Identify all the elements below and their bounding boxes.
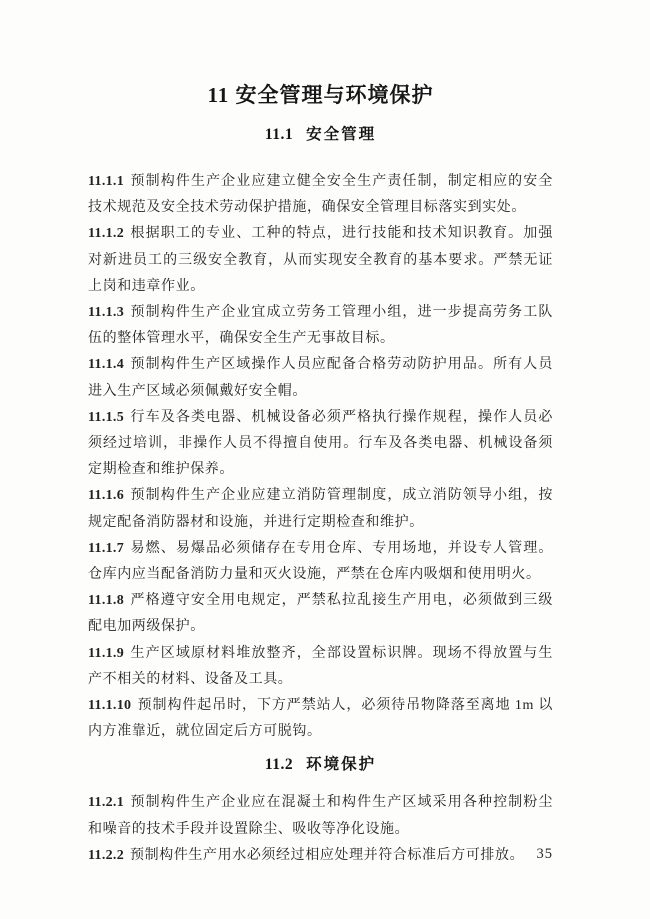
paragraph-text: 生产区域原材料堆放整齐，全部设置标识牌。现场不得放置与生产不相关的材料、设备及工… [88, 646, 553, 687]
paragraph: 11.1.8严格遵守安全用电规定，严禁私拉乱接生产用电，必须做到三级配电加两级保… [88, 588, 553, 640]
paragraph: 11.1.10预制构件起吊时，下方严禁站人，必须待吊物降落至离地 1m 以内方准… [88, 693, 553, 745]
paragraph-text: 预制构件生产区域操作人员应配备合格劳动防护用品。所有人员进入生产区域必须佩戴好安… [88, 357, 553, 398]
paragraph: 11.1.6预制构件生产企业应建立消防管理制度，成立消防领导小组，按规定配备消防… [88, 483, 553, 535]
page-number: 35 [537, 846, 554, 863]
section-number: 11.2 [265, 756, 293, 773]
section-safety-body: 11.1.1预制构件生产企业应建立健全安全生产责任制，制定相应的安全技术规范及安… [88, 169, 553, 745]
paragraph-number: 11.1.2 [88, 226, 124, 241]
paragraph-number: 11.1.8 [88, 593, 124, 608]
paragraph: 11.2.2预制构件生产用水必须经过相应处理并符合标准后方可排放。 [88, 843, 553, 869]
paragraph-text: 严格遵守安全用电规定，严禁私拉乱接生产用电，必须做到三级配电加两级保护。 [88, 593, 553, 634]
document-page: 11 安全管理与环境保护 11.1安全管理 11.1.1预制构件生产企业应建立健… [0, 0, 650, 919]
paragraph-number: 11.2.1 [88, 795, 124, 810]
chapter-title: 11 安全管理与环境保护 [88, 0, 553, 107]
section-label: 环境保护 [306, 756, 376, 773]
paragraph: 11.1.4预制构件生产区域操作人员应配备合格劳动防护用品。所有人员进入生产区域… [88, 352, 553, 404]
section-number: 11.1 [265, 126, 293, 143]
paragraph-text: 预制构件起吊时，下方严禁站人，必须待吊物降落至离地 1m 以内方准靠近，就位固定… [88, 698, 553, 739]
paragraph-text: 预制构件生产企业应建立消防管理制度，成立消防领导小组，按规定配备消防器材和设施，… [88, 488, 553, 529]
paragraph: 11.1.7易燃、易爆品必须储存在专用仓库、专用场地，并设专人管理。仓库内应当配… [88, 536, 553, 588]
paragraph-text: 根据职工的专业、工种的特点，进行技能和技术知识教育。加强对新进员工的三级安全教育… [88, 226, 553, 293]
paragraph-text: 预制构件生产企业宜成立劳务工管理小组，进一步提高劳务工队伍的整体管理水平，确保安… [88, 305, 553, 346]
paragraph-number: 11.1.4 [88, 357, 124, 372]
paragraph: 11.1.2根据职工的专业、工种的特点，进行技能和技术知识教育。加强对新进员工的… [88, 221, 553, 300]
paragraph-text: 易燃、易爆品必须储存在专用仓库、专用场地，并设专人管理。仓库内应当配备消防力量和… [88, 541, 553, 582]
paragraph-number: 11.1.1 [88, 174, 124, 189]
section-label: 安全管理 [306, 126, 376, 143]
paragraph-number: 11.1.10 [88, 698, 131, 713]
paragraph-number: 11.1.9 [88, 646, 124, 661]
paragraph-text: 预制构件生产企业应在混凝土和构件生产区域采用各种控制粉尘和噪音的技术手段并设置除… [88, 795, 553, 836]
paragraph-text: 预制构件生产企业应建立健全安全生产责任制，制定相应的安全技术规范及安全技术劳动保… [88, 174, 553, 215]
section-environment-body: 11.2.1预制构件生产企业应在混凝土和构件生产区域采用各种控制粉尘和噪音的技术… [88, 790, 553, 869]
paragraph: 11.1.9生产区域原材料堆放整齐，全部设置标识牌。现场不得放置与生产不相关的材… [88, 641, 553, 693]
paragraph-number: 11.2.2 [88, 848, 124, 863]
paragraph-number: 11.1.3 [88, 305, 124, 320]
paragraph-text: 行车及各类电器、机械设备必须严格执行操作规程，操作人员必须经过培训，非操作人员不… [88, 410, 553, 477]
section-heading-environment: 11.2环境保护 [88, 756, 553, 773]
paragraph-text: 预制构件生产用水必须经过相应处理并符合标准后方可排放。 [130, 848, 524, 863]
text-block: 11 安全管理与环境保护 11.1安全管理 11.1.1预制构件生产企业应建立健… [88, 0, 553, 869]
paragraph: 11.1.3预制构件生产企业宜成立劳务工管理小组，进一步提高劳务工队伍的整体管理… [88, 300, 553, 352]
paragraph-number: 11.1.7 [88, 541, 124, 556]
paragraph-number: 11.1.5 [88, 410, 124, 425]
paragraph: 11.1.5行车及各类电器、机械设备必须严格执行操作规程，操作人员必须经过培训，… [88, 405, 553, 484]
section-heading-safety: 11.1安全管理 [88, 126, 553, 143]
paragraph-number: 11.1.6 [88, 488, 124, 503]
paragraph: 11.2.1预制构件生产企业应在混凝土和构件生产区域采用各种控制粉尘和噪音的技术… [88, 790, 553, 842]
paragraph: 11.1.1预制构件生产企业应建立健全安全生产责任制，制定相应的安全技术规范及安… [88, 169, 553, 221]
